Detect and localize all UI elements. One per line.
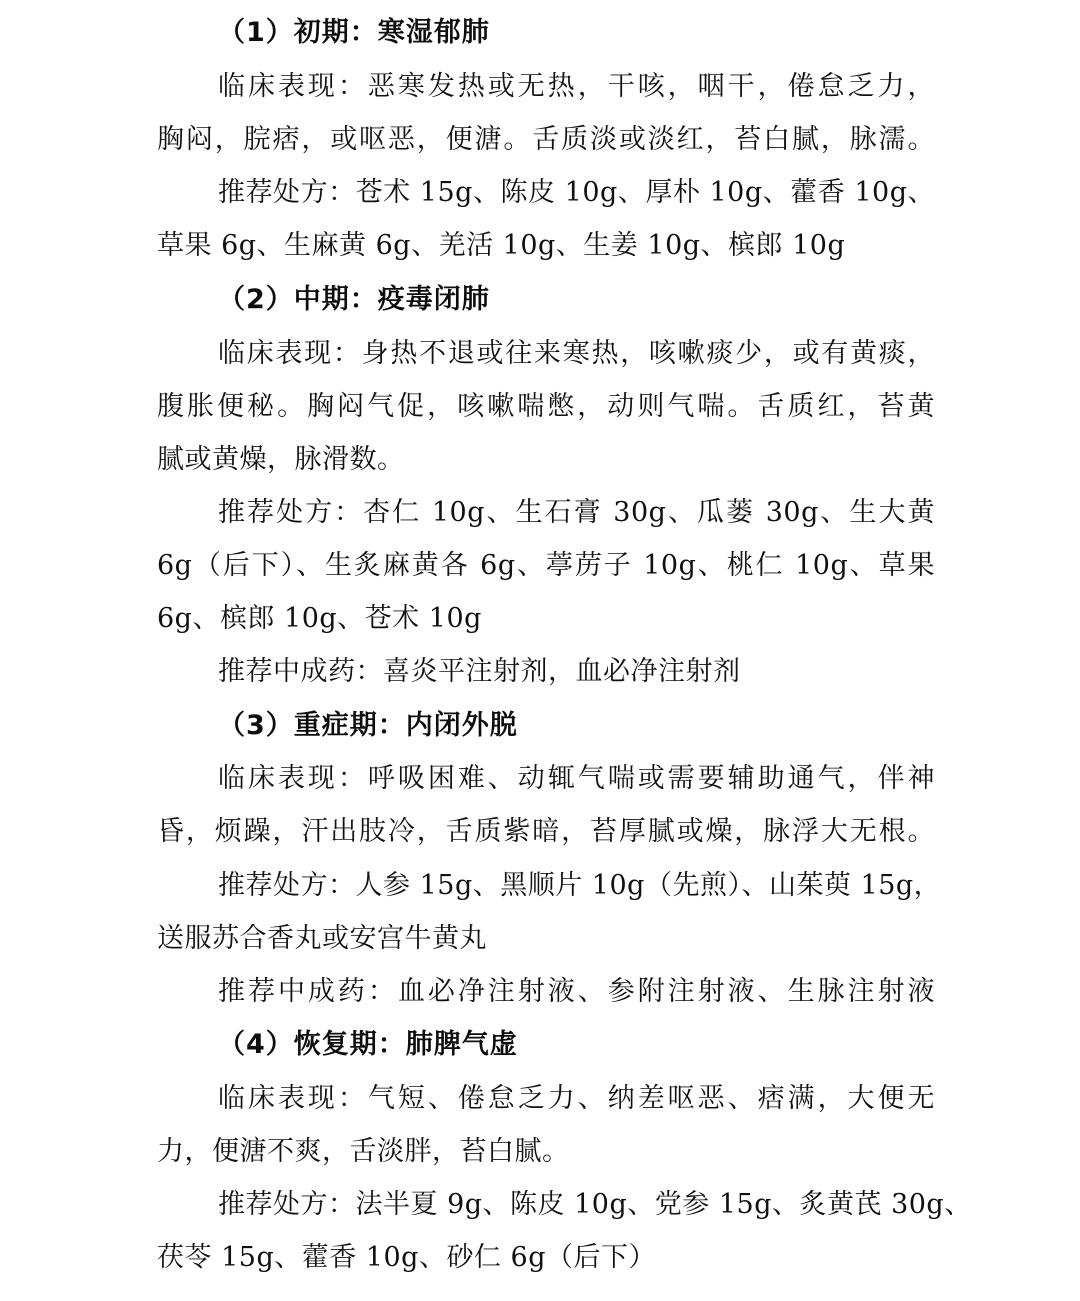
paragraph-line: 临床表现：气短、倦怠乏力、纳差呕恶、痞满，大便无 xyxy=(218,1079,935,1119)
paragraph-line: 推荐处方：杏仁 10g、生石膏 30g、瓜蒌 30g、生大黄 xyxy=(218,493,935,533)
paragraph-line: 力，便溏不爽，舌淡胖，苔白腻。 xyxy=(157,1132,935,1172)
document-page: （1）初期：寒湿郁肺 临床表现：恶寒发热或无热，干咳，咽干，倦怠乏力， 胸闷，脘… xyxy=(0,0,1080,1301)
paragraph-line: 临床表现：恶寒发热或无热，干咳，咽干，倦怠乏力， xyxy=(218,67,935,107)
paragraph-line: 推荐中成药：血必净注射液、参附注射液、生脉注射液 xyxy=(218,972,935,1012)
paragraph-line: 推荐处方：苍术 15g、陈皮 10g、厚朴 10g、藿香 10g、 xyxy=(218,173,935,213)
section-heading-recovery-stage: （4）恢复期：肺脾气虚 xyxy=(218,1025,518,1065)
section-heading-severe-stage: （3）重症期：内闭外脱 xyxy=(218,706,518,746)
paragraph-line: 送服苏合香丸或安宫牛黄丸 xyxy=(157,919,935,959)
paragraph-line: 6g、槟郎 10g、苍术 10g xyxy=(157,599,935,639)
section-heading-middle-stage: （2）中期：疫毒闭肺 xyxy=(218,280,490,320)
paragraph-line: 腻或黄燥，脉滑数。 xyxy=(157,440,935,480)
paragraph-line: 茯苓 15g、藿香 10g、砂仁 6g（后下） xyxy=(157,1238,935,1278)
paragraph-line: 临床表现：呼吸困难、动辄气喘或需要辅助通气，伴神 xyxy=(218,759,935,799)
paragraph-line: 推荐处方：人参 15g、黑顺片 10g（先煎）、山茱萸 15g， xyxy=(218,866,935,906)
paragraph-line: 腹胀便秘。胸闷气促，咳嗽喘憋，动则气喘。舌质红，苔黄 xyxy=(157,387,935,427)
paragraph-line: 推荐中成药：喜炎平注射剂，血必净注射剂 xyxy=(218,652,935,692)
paragraph-line: 临床表现：身热不退或往来寒热，咳嗽痰少，或有黄痰， xyxy=(218,334,935,374)
section-heading-early-stage: （1）初期：寒湿郁肺 xyxy=(218,13,490,53)
paragraph-line: 草果 6g、生麻黄 6g、羌活 10g、生姜 10g、槟郎 10g xyxy=(157,226,935,266)
paragraph-line: 推荐处方：法半夏 9g、陈皮 10g、党参 15g、炙黄芪 30g、 xyxy=(218,1185,935,1225)
paragraph-line: 6g（后下）、生炙麻黄各 6g、葶苈子 10g、桃仁 10g、草果 xyxy=(157,546,935,586)
paragraph-line: 胸闷，脘痞，或呕恶，便溏。舌质淡或淡红，苔白腻，脉濡。 xyxy=(157,120,935,160)
paragraph-line: 昏，烦躁，汗出肢冷，舌质紫暗，苔厚腻或燥，脉浮大无根。 xyxy=(157,812,935,852)
